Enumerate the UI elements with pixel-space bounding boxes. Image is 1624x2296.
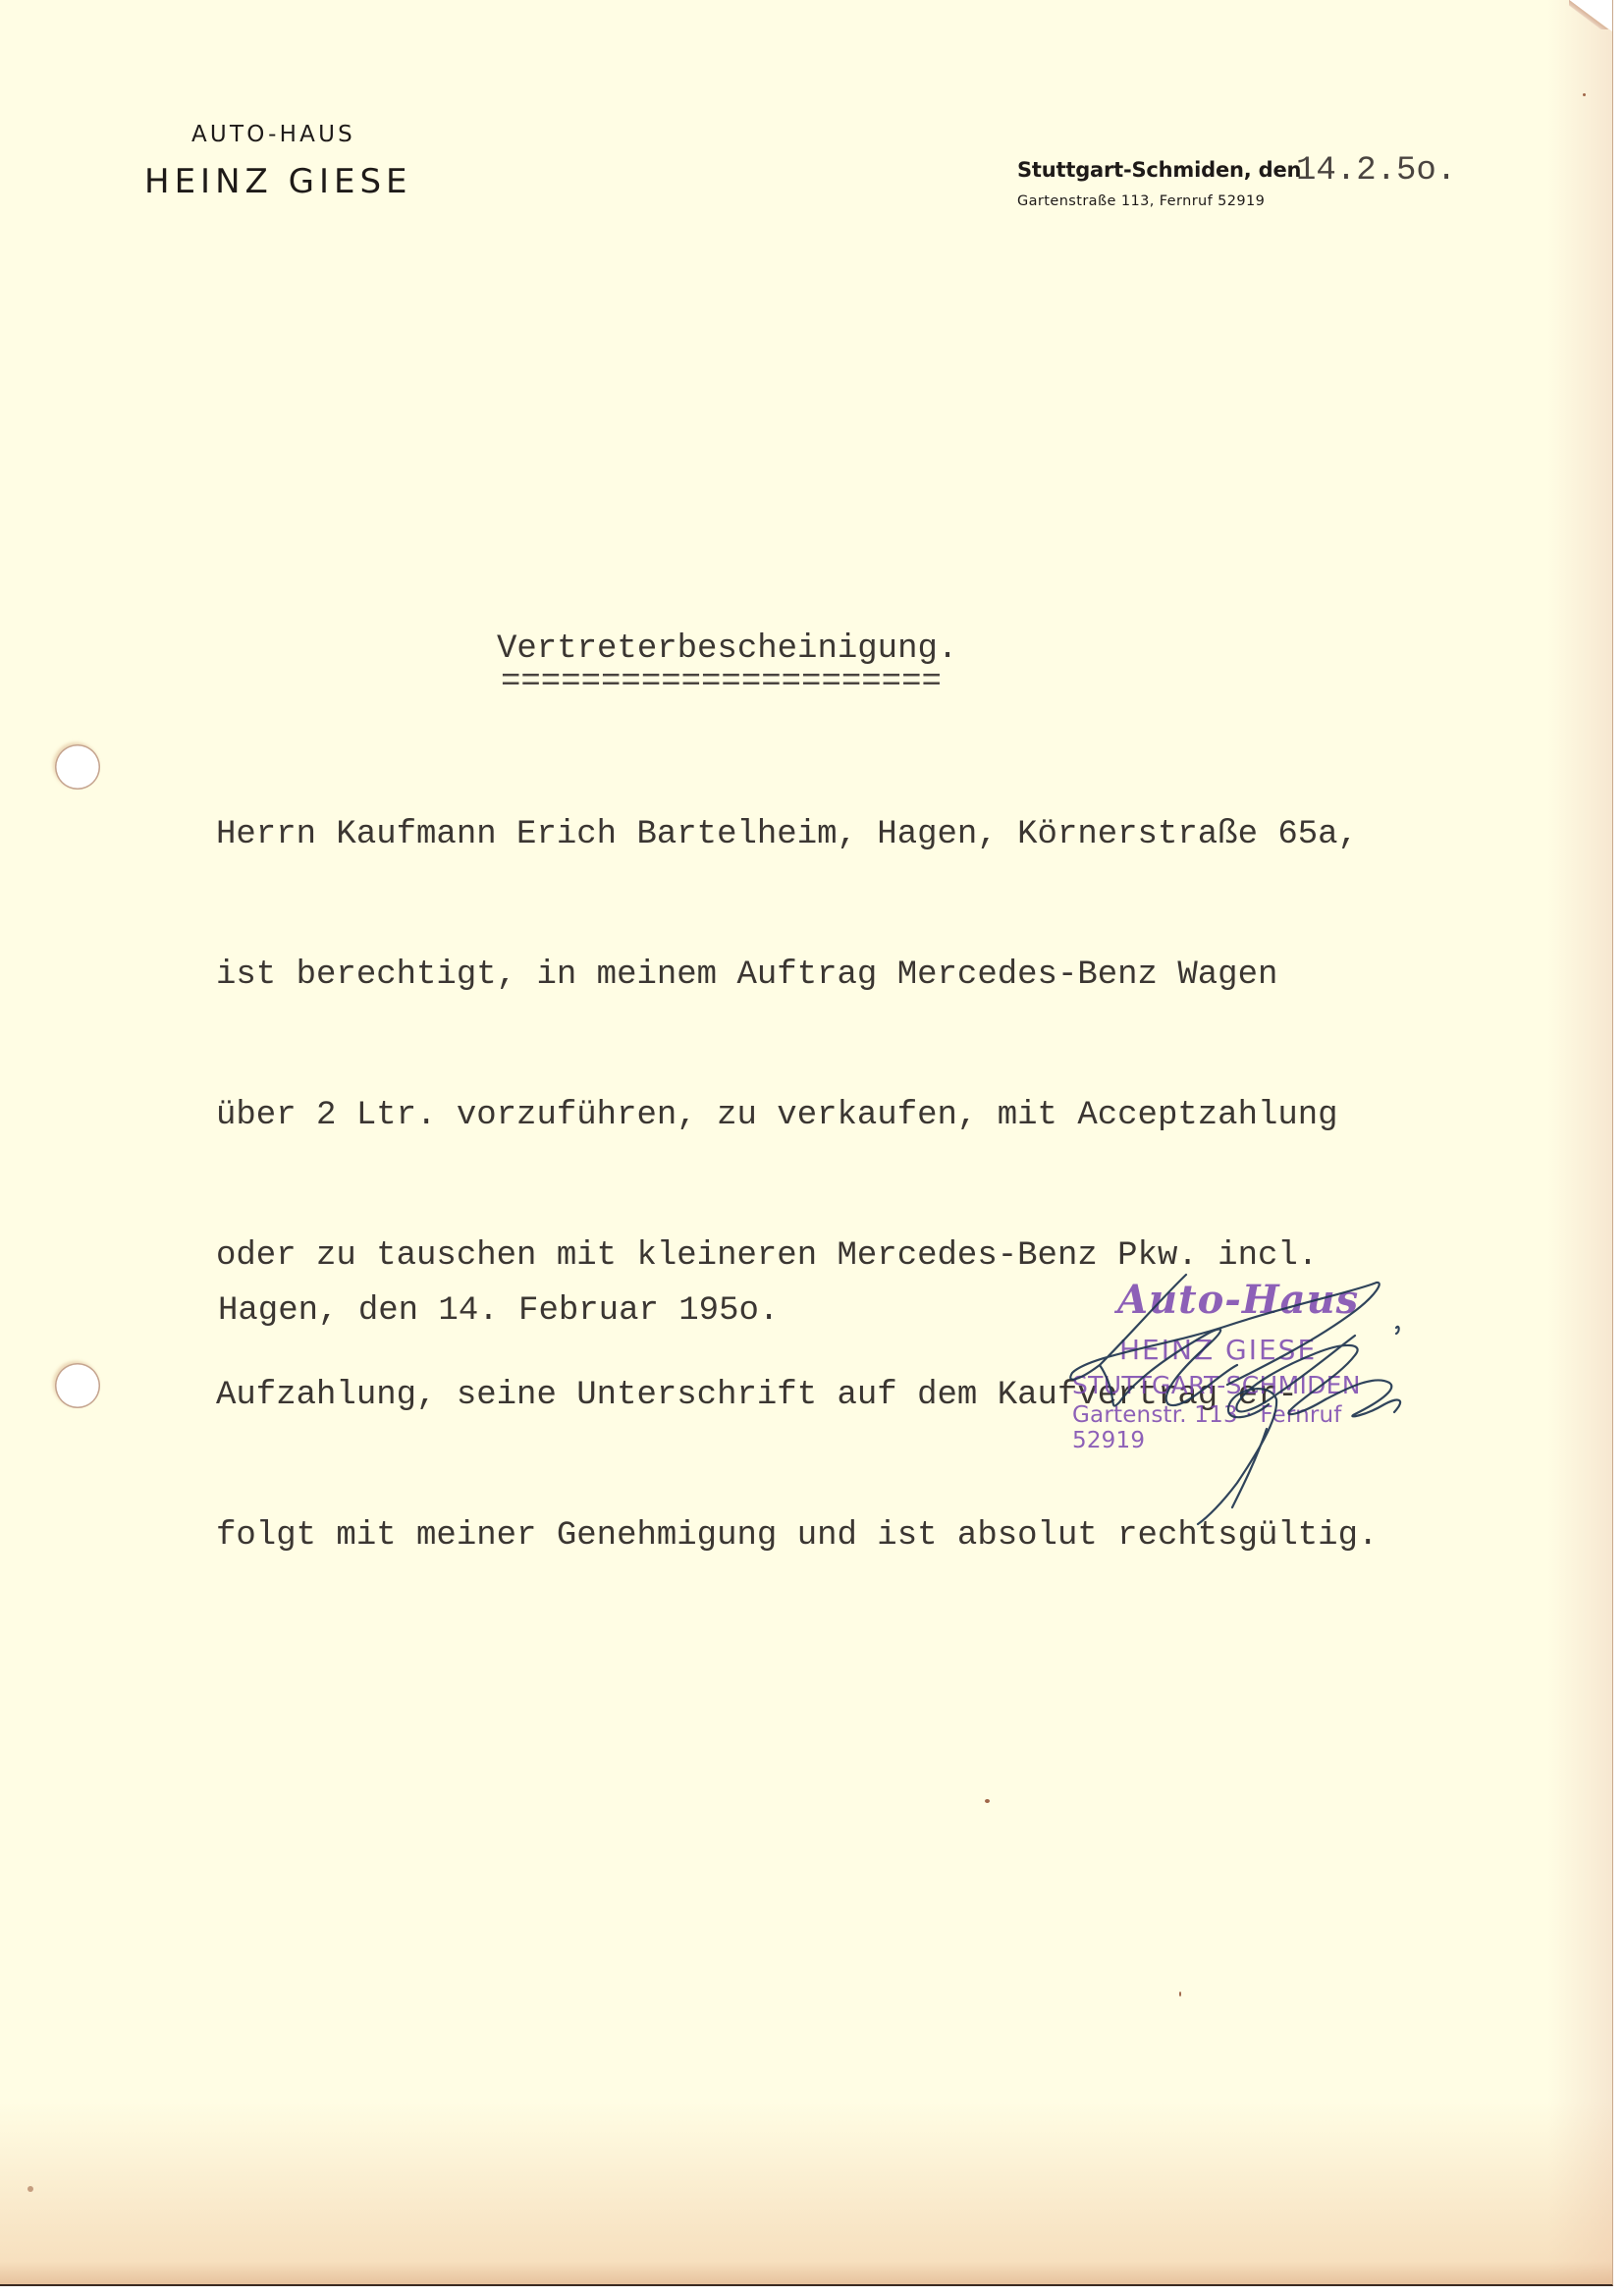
body-line: ist berechtigt, in meinem Auftrag Merced…: [216, 953, 1378, 1000]
letterhead-company-name: HEINZ GIESE: [144, 162, 412, 201]
paper-speck: [1583, 93, 1586, 96]
letter-paper: AUTO-HAUS HEINZ GIESE Stuttgart-Schmiden…: [0, 0, 1613, 2286]
body-paragraph: Herrn Kaufmann Erich Bartelheim, Hagen, …: [216, 719, 1378, 1654]
paper-speck: [1179, 1992, 1181, 1996]
document-title: Vertreterbescheinigung.: [497, 632, 957, 666]
paper-speck: [985, 1799, 990, 1803]
stamp-city-line: STUTTGART-SCHMIDEN: [1072, 1371, 1361, 1399]
body-line: Herrn Kaufmann Erich Bartelheim, Hagen, …: [216, 812, 1378, 859]
body-line: oder zu tauschen mit kleineren Mercedes-…: [216, 1233, 1378, 1281]
paper-speck: [27, 2186, 33, 2192]
stamp-address-line: Gartenstr. 113 · Fernruf 52919: [1072, 1402, 1404, 1453]
stamp-script-line: Auto-Haus: [1117, 1277, 1359, 1323]
letterhead-address: Gartenstraße 113, Fernruf 52919: [1017, 193, 1265, 209]
punch-hole-top: [55, 744, 100, 790]
body-line: über 2 Ltr. vorzuführen, zu verkaufen, m…: [216, 1093, 1378, 1140]
company-stamp: Auto-Haus HEINZ GIESE STUTTGART-SCHMIDEN…: [1070, 1277, 1404, 1444]
letterhead-city-line: Stuttgart-Schmiden, den: [1017, 158, 1301, 182]
letterhead-company-type: AUTO-HAUS: [191, 122, 355, 147]
place-and-date: Hagen, den 14. Februar 195o.: [218, 1294, 779, 1328]
body-line: folgt mit meiner Genehmigung und ist abs…: [216, 1513, 1378, 1560]
folded-corner-edge: [1569, 0, 1608, 29]
stamp-name-line: HEINZ GIESE: [1119, 1334, 1317, 1366]
title-underline: ======================: [501, 666, 942, 699]
letter-date: 14.2.5o.: [1296, 152, 1456, 190]
punch-hole-bottom: [55, 1363, 100, 1408]
